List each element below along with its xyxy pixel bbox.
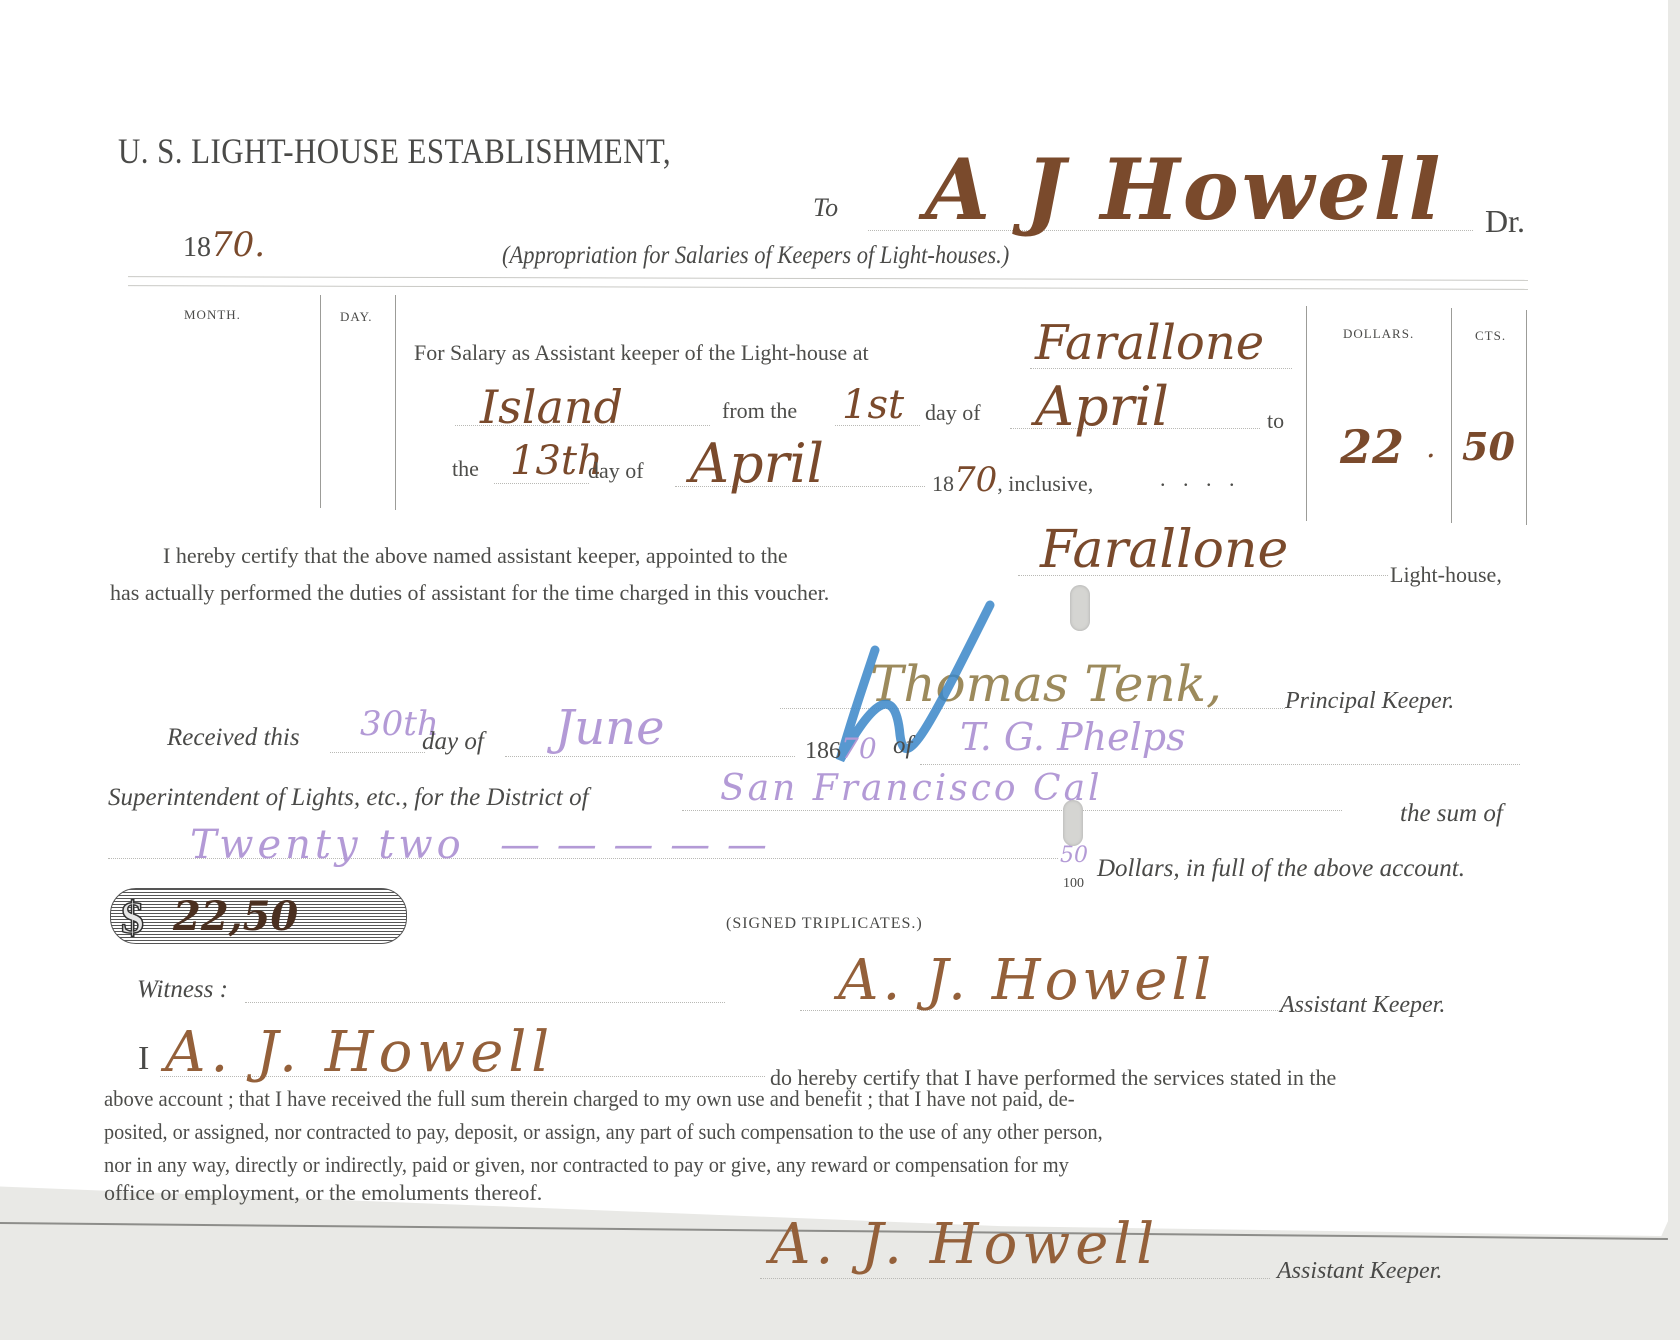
year-hand: 70. <box>211 225 265 265</box>
month-header: MONTH. <box>184 307 241 323</box>
assistant-signature: A. J. Howell <box>838 948 1215 1013</box>
start-day: 1st <box>842 382 904 428</box>
oath-line-5: office or employment, or the emoluments … <box>104 1180 542 1206</box>
punch-hole-1 <box>1070 585 1090 631</box>
witness-line <box>245 1002 725 1003</box>
received-label: Received this <box>167 724 300 752</box>
received-from: T. G. Phelps <box>960 715 1186 759</box>
oath-signature-label: Assistant Keeper. <box>1277 1258 1442 1285</box>
oath-prefix: I <box>138 1040 149 1078</box>
received-month-line <box>505 756 795 757</box>
sum-words: Twenty two <box>190 822 465 868</box>
certification-line-2: has actually performed the duties of ass… <box>110 580 829 606</box>
to-label: to <box>1267 408 1284 434</box>
received-year: 18670 <box>805 732 877 765</box>
start-month: April <box>1035 375 1169 438</box>
dollars-header: DOLLARS. <box>1343 326 1414 342</box>
received-month: June <box>555 700 664 756</box>
day-header: DAY. <box>340 309 373 325</box>
received-day-line <box>330 752 425 753</box>
oath-name: A. J. Howell <box>165 1020 554 1085</box>
cents-numerator: 50 <box>1060 843 1088 868</box>
district-line <box>682 810 1342 811</box>
amount-cents: 50 <box>1462 424 1515 469</box>
dollar-amount-box: $ 22,50 <box>110 888 407 944</box>
district-name: San Francisco Cal <box>720 768 1103 809</box>
leader-dots: . . . . <box>1160 466 1241 492</box>
to-label: To <box>813 193 838 223</box>
oath-signature-line <box>760 1278 1270 1279</box>
sum-of-label: the sum of <box>1400 800 1503 828</box>
punch-hole-2 <box>1063 800 1083 846</box>
dollar-box-amount: 22,50 <box>173 893 298 940</box>
place-name: Island <box>480 380 623 434</box>
start-day-of-label: day of <box>925 400 981 426</box>
signed-triplicates: (SIGNED TRIPLICATES.) <box>726 915 923 933</box>
certified-lighthouse: Farallone <box>1040 520 1288 580</box>
dollars-suffix: Dollars, in full of the above account. <box>1097 855 1465 883</box>
month-day-divider <box>320 295 321 508</box>
year-field: 1870. <box>183 225 265 265</box>
received-year-prefix: 186 <box>805 738 841 764</box>
superintendent-label: Superintendent of Lights, etc., for the … <box>108 784 589 812</box>
dr-label: Dr. <box>1485 203 1525 240</box>
end-year-hand: 70 <box>954 460 997 500</box>
end-day-of-label: day of <box>588 458 644 484</box>
the-label: the <box>452 456 479 482</box>
lighthouse-name: Farallone <box>1035 315 1264 371</box>
cents-denominator: 100 <box>1063 876 1084 892</box>
dollar-sign-icon: $ <box>121 891 144 944</box>
end-year-prefix: 18 <box>932 471 954 496</box>
assistant-label: Assistant Keeper. <box>1280 992 1445 1019</box>
sum-dash: — — — — — <box>500 822 769 868</box>
oath-line-2: above account ; that I have received the… <box>104 1086 1075 1112</box>
from-the-label: from the <box>722 398 797 424</box>
salary-line-1: For Salary as Assistant keeper of the Li… <box>414 340 869 366</box>
oath-line-4: nor in any way, directly or indirectly, … <box>104 1152 1069 1178</box>
payee-name: A J Howell <box>925 140 1443 239</box>
day-desc-divider <box>395 295 396 510</box>
inclusive-label: , inclusive, <box>997 471 1093 496</box>
principal-label: Principal Keeper. <box>1285 688 1454 715</box>
of-label: of <box>893 732 912 760</box>
dollars-cents-divider <box>1451 308 1452 523</box>
end-month: April <box>690 432 824 495</box>
cents-header: CTS. <box>1475 328 1506 344</box>
document-title: U. S. LIGHT-HOUSE ESTABLISHMENT, <box>118 130 671 172</box>
end-year: 1870, inclusive, <box>932 460 1093 500</box>
received-year-hand: 70 <box>841 732 877 765</box>
from-line <box>920 764 1520 765</box>
year-prefix: 18 <box>183 232 211 263</box>
oath-line-3: posited, or assigned, nor contracted to … <box>104 1119 1103 1145</box>
amount-dollars: 22 <box>1340 420 1404 474</box>
desc-dollars-divider <box>1306 306 1307 521</box>
received-day-of-label: day of <box>422 728 484 756</box>
oath-signature: A. J. Howell <box>770 1212 1159 1277</box>
witness-label: Witness : <box>137 976 228 1004</box>
appropriation-note: (Appropriation for Salaries of Keepers o… <box>502 242 1009 270</box>
certification-line-1: I hereby certify that the above named as… <box>163 543 788 569</box>
amount-decimal-mark: . <box>1426 430 1436 465</box>
lighthouse-suffix: Light-house, <box>1390 562 1502 588</box>
cents-right-border <box>1526 310 1527 525</box>
